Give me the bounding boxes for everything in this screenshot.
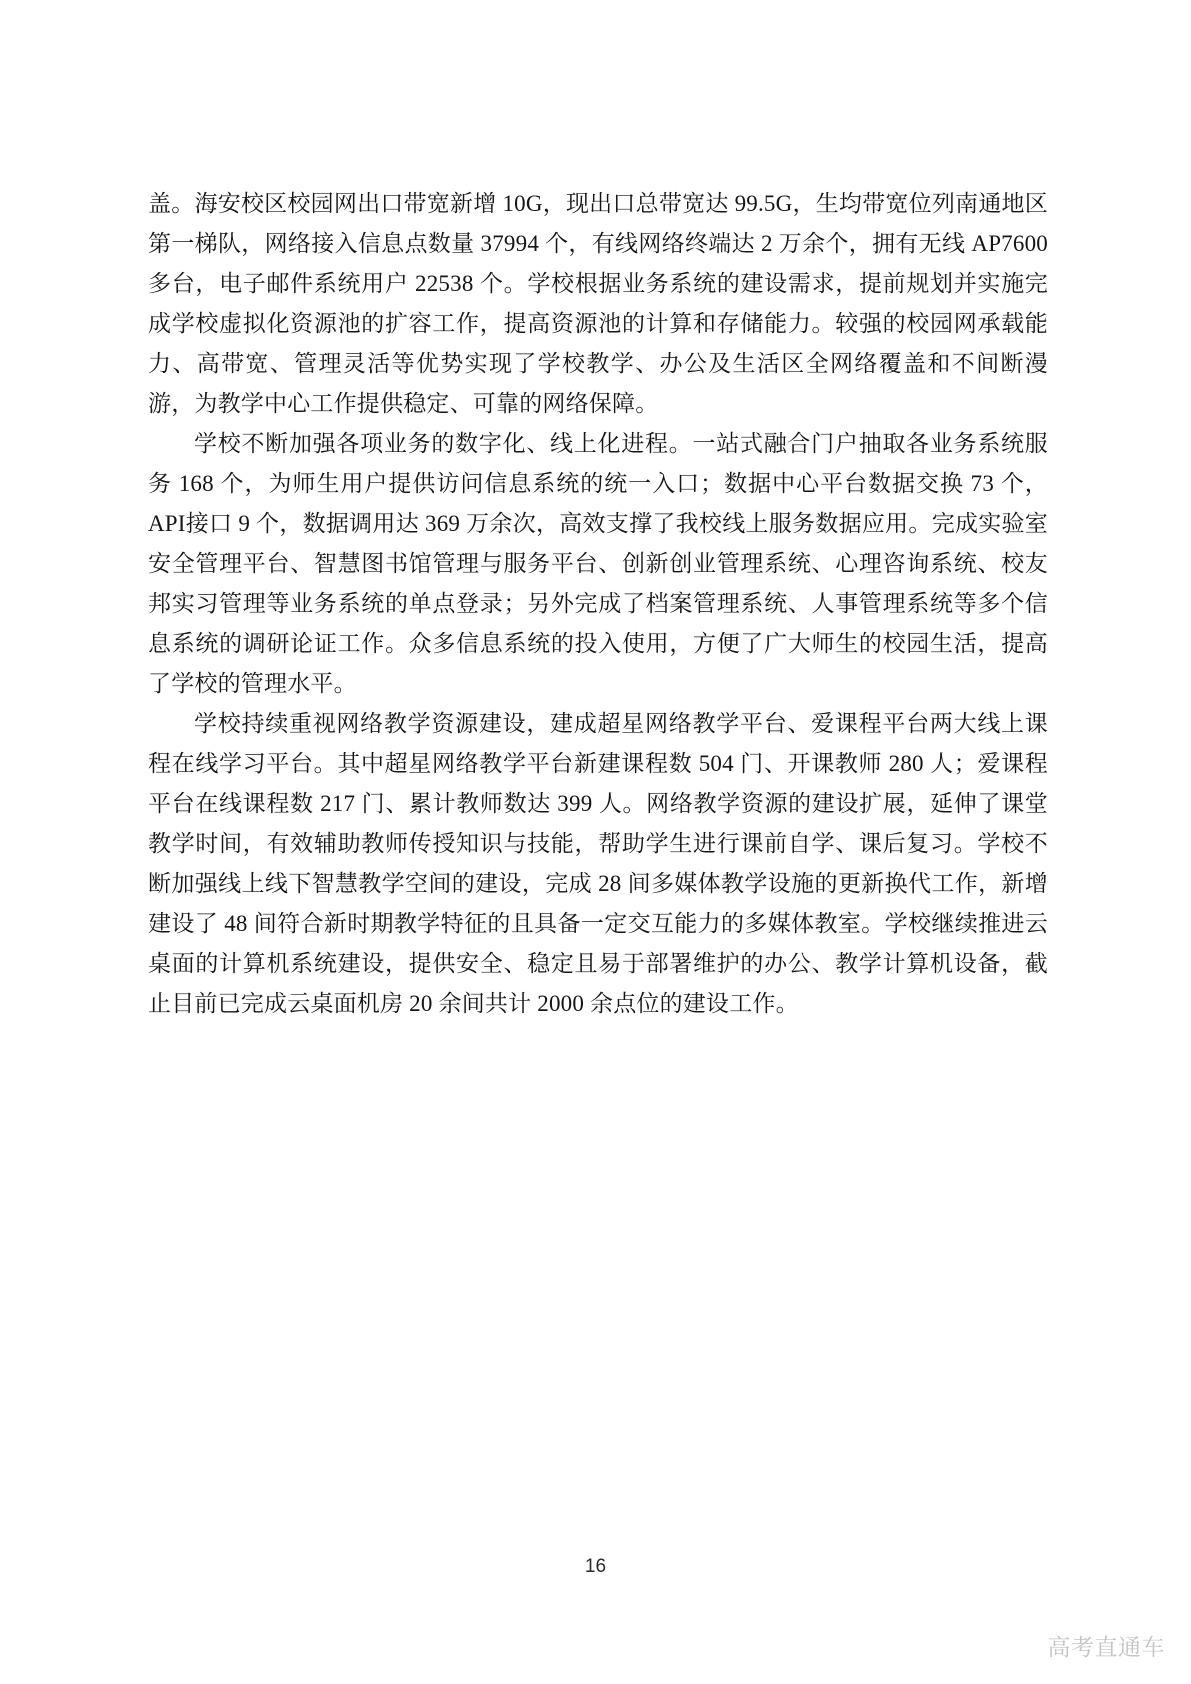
watermark-text: 高考直通车 — [1048, 1629, 1166, 1662]
page-number: 16 — [0, 1556, 1191, 1578]
paragraph-2: 学校不断加强各项业务的数字化、线上化进程。一站式融合门户抽取各业务系统服务 16… — [148, 424, 1048, 704]
document-page: 盖。海安校区校园网出口带宽新增 10G，现出口总带宽达 99.5G，生均带宽位列… — [0, 0, 1191, 1684]
paragraph-1: 盖。海安校区校园网出口带宽新增 10G，现出口总带宽达 99.5G，生均带宽位列… — [148, 184, 1048, 424]
paragraph-3: 学校持续重视网络教学资源建设，建成超星网络教学平台、爱课程平台两大线上课程在线学… — [148, 704, 1048, 1024]
page-body-text: 盖。海安校区校园网出口带宽新增 10G，现出口总带宽达 99.5G，生均带宽位列… — [148, 184, 1048, 1024]
